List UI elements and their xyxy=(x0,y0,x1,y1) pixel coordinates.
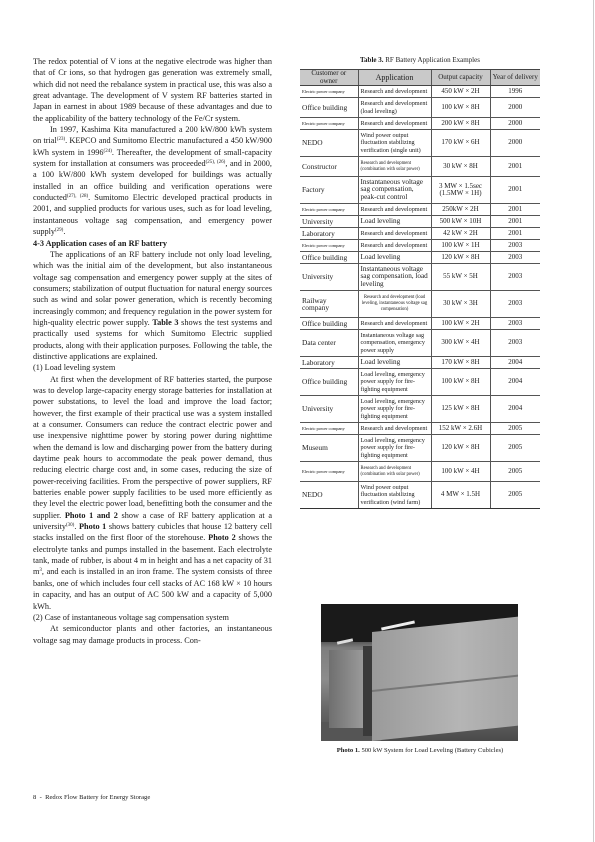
table-row: LaboratoryLoad leveling170 kW × 8H2004 xyxy=(300,357,540,369)
table-row: Electric power companyResearch and devel… xyxy=(300,204,540,216)
table-row: NEDOWind power output fluctuation stabil… xyxy=(300,130,540,157)
publication-title: Redox Flow Battery for Energy Storage xyxy=(45,794,150,801)
table-row: Electric power companyResearch and devel… xyxy=(300,423,540,435)
table-row: NEDOWind power output fluctuation stabil… xyxy=(300,482,540,509)
battery-cubicles-photo xyxy=(321,604,518,741)
table-caption: Table 3. RF Battery Application Examples xyxy=(300,56,540,65)
table-reference: Table 3 xyxy=(152,318,178,327)
left-column-text: The redox potential of V ions at the neg… xyxy=(33,56,272,646)
table-row: FactoryInstantaneous voltage sag compens… xyxy=(300,177,540,204)
table-row: Office buildingLoad leveling120 kW × 8H2… xyxy=(300,252,540,264)
table-row: UniversityLoad leveling, emergency power… xyxy=(300,396,540,423)
photo-pillar xyxy=(363,646,372,736)
table-row: UniversityInstantaneous voltage sag comp… xyxy=(300,264,540,291)
table-row: Office buildingResearch and development1… xyxy=(300,318,540,330)
paragraph-4: At first when the development of RF batt… xyxy=(33,374,272,612)
table-header-row: Customer or owner Application Output cap… xyxy=(300,70,540,86)
paragraph-3: The applications of an RF battery includ… xyxy=(33,249,272,362)
citation: (23) xyxy=(57,137,65,142)
page-edge-rule xyxy=(593,0,594,842)
table-row: Office buildingResearch and development … xyxy=(300,98,540,118)
page-footer: 8 - Redox Flow Battery for Energy Storag… xyxy=(33,794,150,802)
paragraph-1: The redox potential of V ions at the neg… xyxy=(33,56,272,124)
section-heading: 4-3 Application cases of an RF battery xyxy=(33,238,272,249)
header-customer: Customer or owner xyxy=(300,70,358,86)
table-row: Electric power companyResearch and devel… xyxy=(300,462,540,482)
citation: (24) xyxy=(104,149,112,154)
citation: (25), (26) xyxy=(206,160,226,165)
paragraph-2: In 1997, Kashima Kita manufactured a 200… xyxy=(33,124,272,237)
header-application: Application xyxy=(358,70,431,86)
table-row: Electric power companyResearch and devel… xyxy=(300,118,540,130)
table-row: Data centerInstantaneous voltage sag com… xyxy=(300,330,540,357)
table-row: LaboratoryResearch and development42 kW … xyxy=(300,228,540,240)
subsection-heading-1: (1) Load leveling system xyxy=(33,362,272,373)
header-output: Output capacity xyxy=(431,70,490,86)
table-row: Electric power companyResearch and devel… xyxy=(300,240,540,252)
table-row: ConstructorResearch and development (com… xyxy=(300,157,540,177)
table-row: Office buildingLoad leveling, emergency … xyxy=(300,369,540,396)
citation: (27), (28) xyxy=(67,194,88,199)
photo-reference: Photo 2 xyxy=(208,533,236,542)
paragraph-5: At semiconductor plants and other factor… xyxy=(33,623,272,646)
subsection-heading-2: (2) Case of instantaneous voltage sag co… xyxy=(33,612,272,623)
table-row: MuseumLoad leveling, emergency power sup… xyxy=(300,435,540,462)
battery-cubicle-left xyxy=(329,650,363,728)
application-examples-table: Customer or owner Application Output cap… xyxy=(300,69,540,509)
photo-caption: Photo 1. 500 kW System for Load Leveling… xyxy=(300,747,540,755)
table-row: UniversityLoad leveling500 kW × 10H2001 xyxy=(300,216,540,228)
table-row: Electric power companyResearch and devel… xyxy=(300,86,540,98)
photo-reference: Photo 1 and 2 xyxy=(65,511,118,520)
photo-reference: Photo 1 xyxy=(79,522,106,531)
table-row: Railway companyResearch and development … xyxy=(300,291,540,318)
header-year: Year of delivery xyxy=(490,70,540,86)
